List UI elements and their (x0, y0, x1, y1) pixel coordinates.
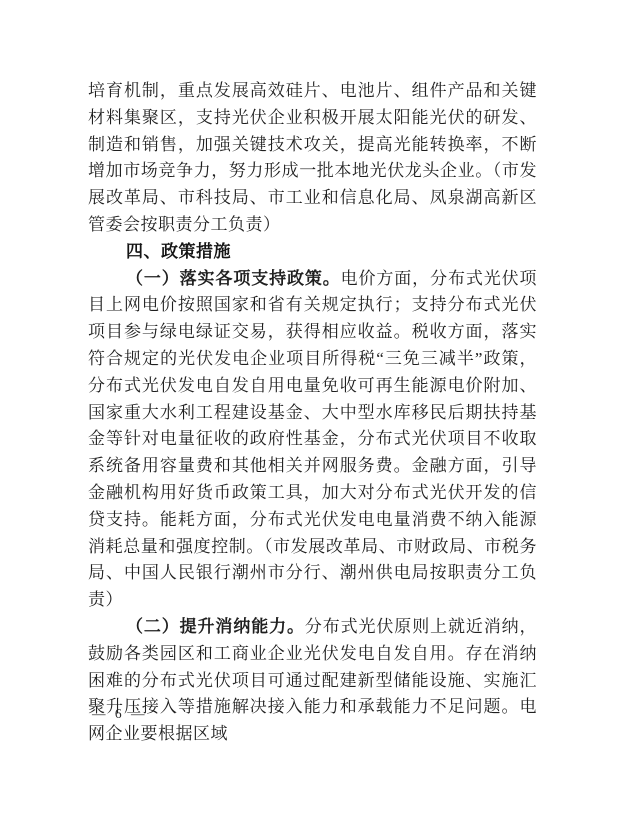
paragraph-absorption-capacity-lead: （二）提升消纳能力。 (126, 617, 305, 636)
document-text-block: 培育机制，重点发展高效硅片、电池片、组件产品和关键材料集聚区，支持光伏企业积极开… (88, 78, 537, 748)
paragraph-policy-support-body: 电价方面，分布式光伏项目上网电价按照国家和省有关规定执行；支持分布式光伏项目参与… (88, 269, 537, 610)
document-page: 培育机制，重点发展高效硅片、电池片、组件产品和关键材料集聚区，支持光伏企业积极开… (0, 0, 624, 818)
paragraph-policy-support: （一）落实各项支持政策。电价方面，分布式光伏项目上网电价按照国家和省有关规定执行… (88, 266, 537, 614)
continuation-paragraph: 培育机制，重点发展高效硅片、电池片、组件产品和关键材料集聚区，支持光伏企业积极开… (88, 78, 537, 239)
section-heading: 四、政策措施 (88, 239, 537, 266)
page-number: — 6 — (92, 704, 148, 724)
paragraph-policy-support-lead: （一）落实各项支持政策。 (126, 269, 341, 288)
paragraph-absorption-capacity: （二）提升消纳能力。分布式光伏原则上就近消纳，鼓励各类园区和工商业企业光伏发电自… (88, 614, 537, 748)
